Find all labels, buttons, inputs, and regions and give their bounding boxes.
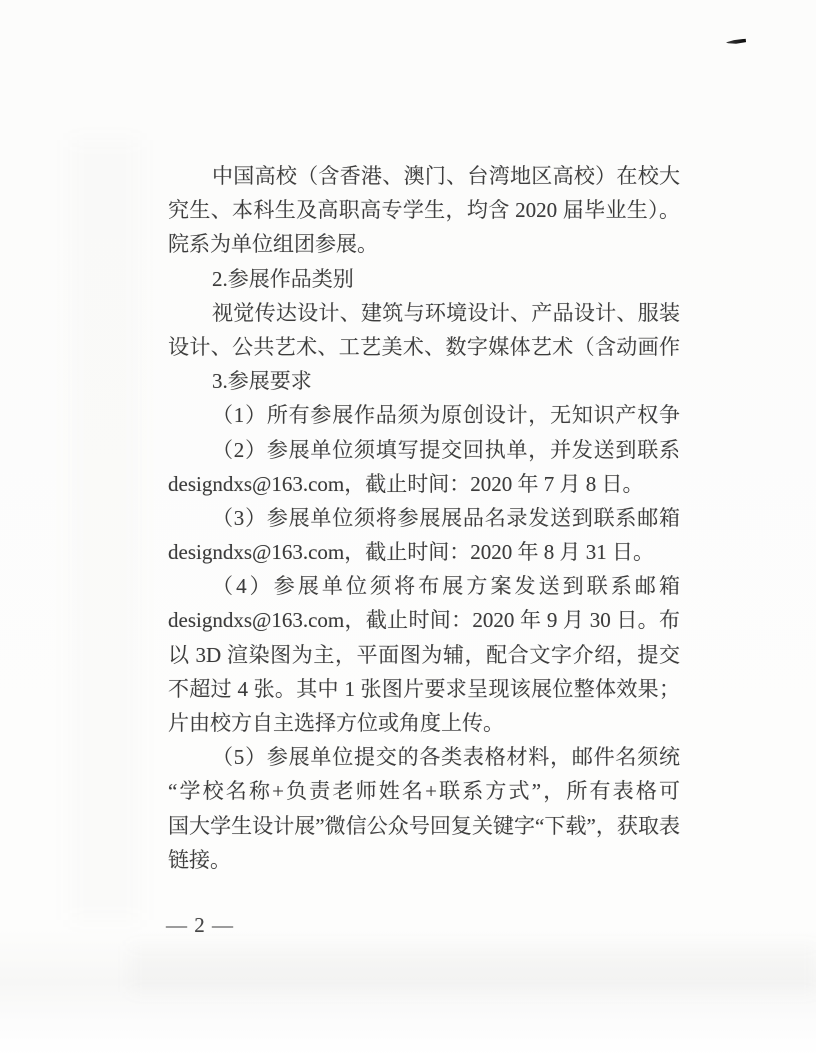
body-text-line: （4）参展单位须将布展方案发送到联系邮箱 [168,569,680,603]
body-text-line: （1）所有参展作品须为原创设计，无知识产权争议或纠纷。 [168,398,680,432]
section-3-heading: 3.参展要求 [168,364,680,398]
scan-shading-left [70,140,140,920]
body-text-line: 片由校方自主选择方位或角度上传。 [168,706,680,740]
scan-artifact-mark [726,39,746,46]
section-2-heading: 2.参展作品类别 [168,262,680,296]
body-text-line: 院系为单位组团参展。 [168,227,680,261]
body-text-line: 国大学生设计展”微信公众号回复关键字“下载”，获取表格下载 [168,809,680,843]
body-text-line: 不超过 4 张。其中 1 张图片要求呈现该展位整体效果；其余图 [168,672,680,706]
body-text-line: 究生、本科生及高职高专学生，均含 2020 届毕业生）。以高校、 [168,193,680,227]
body-text-line: 链接。 [168,843,680,877]
scan-shading-bottom [130,946,816,992]
body-text-line: 视觉传达设计、建筑与环境设计、产品设计、服装与服饰 [168,296,680,330]
body-text-line: 中国高校（含香港、澳门、台湾地区高校）在校大学生（研 [168,159,680,193]
body-text-line: “学校名称+负责老师姓名+联系方式”，所有表格可在“紫金奖中 [168,774,680,808]
body-text-line: （2）参展单位须填写提交回执单，并发送到联系邮箱 [168,433,680,467]
body-text-line: designdxs@163.com，截止时间：2020 年 9 月 30 日。布… [168,603,680,637]
body-text-line: 设计、公共艺术、工艺美术、数字媒体艺术（含动画作品）等。 [168,330,680,364]
document-body: 中国高校（含香港、澳门、台湾地区高校）在校大学生（研 究生、本科生及高职高专学生… [168,159,680,877]
scanned-document-page: 中国高校（含香港、澳门、台湾地区高校）在校大学生（研 究生、本科生及高职高专学生… [0,0,816,1056]
body-text-line: （3）参展单位须将参展展品名录发送到联系邮箱 [168,501,680,535]
body-text-line: （5）参展单位提交的各类表格材料，邮件名须统一命名为 [168,740,680,774]
body-text-line: designdxs@163.com，截止时间：2020 年 7 月 8 日。 [168,467,680,501]
body-text-line: 以 3D 渲染图为主，平面图为辅，配合文字介绍，提交图片数量 [168,638,680,672]
page-number: — 2 — [166,910,234,940]
body-text-line: designdxs@163.com，截止时间：2020 年 8 月 31 日。 [168,535,680,569]
